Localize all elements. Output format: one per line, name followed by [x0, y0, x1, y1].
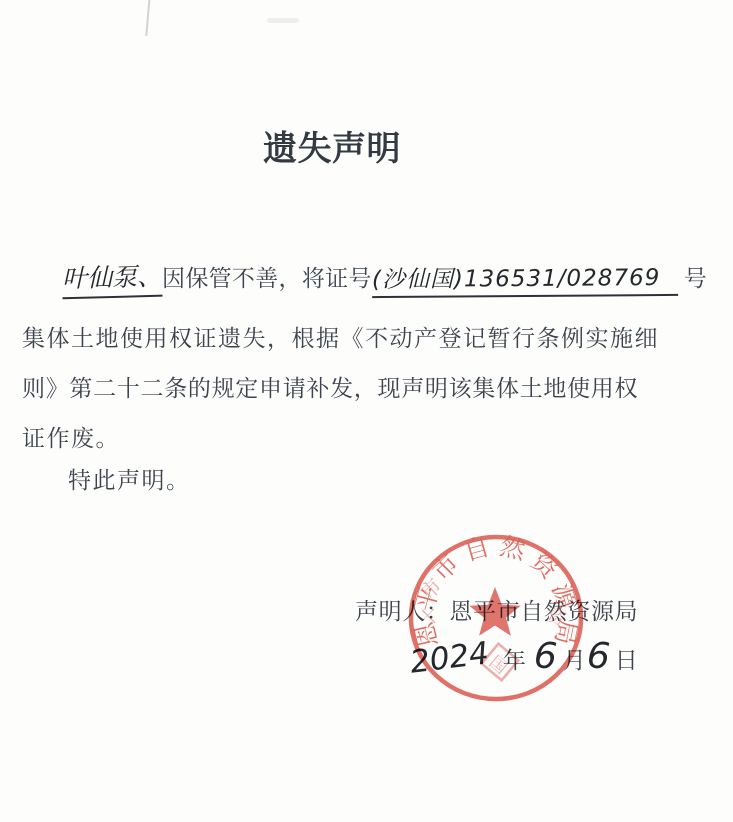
- body-line-4: 证作废。: [22, 420, 120, 453]
- handwritten-month: 6: [533, 635, 559, 677]
- month-label: 月: [563, 642, 586, 675]
- handwritten-certificate-number: (沙仙国)136531/028769: [372, 259, 678, 298]
- body-line-1-printed: 因保管不善，将证号: [162, 260, 372, 293]
- day-label: 日: [615, 642, 638, 675]
- year-label: 年: [503, 642, 526, 675]
- handwritten-year: 2024: [408, 635, 491, 680]
- body-line-1: 叶仙泵、 因保管不善，将证号 (沙仙国)136531/028769 号: [62, 258, 707, 298]
- body-line-3: 则》第二十二条的规定申请补发，现声明该集体土地使用权: [22, 370, 638, 403]
- closing-line: 特此声明。: [68, 462, 191, 495]
- body-line-1-suffix: 号: [684, 260, 707, 293]
- handwritten-day: 6: [585, 635, 611, 677]
- seal-arc-text-holder: 恩平市自然资源局: [410, 532, 581, 650]
- body-line-2: 集体土地使用权证遗失，根据《不动产登记暂行条例实施细: [22, 320, 659, 353]
- document-title: 遗失声明: [263, 121, 401, 170]
- scanned-document-page: 遗失声明 叶仙泵、 因保管不善，将证号 (沙仙国)136531/028769 号…: [0, 0, 733, 822]
- declarant-line: 声明人：恩平市自然资源局: [355, 593, 638, 626]
- scan-artifact-line: [145, 0, 153, 36]
- handwritten-name: 叶仙泵、: [61, 257, 162, 300]
- scan-artifact-smudge: [267, 18, 299, 23]
- date-line: 2024 年 6 月 6 日: [410, 636, 638, 677]
- seal-arc-text: 恩平市自然资源局: [410, 532, 581, 650]
